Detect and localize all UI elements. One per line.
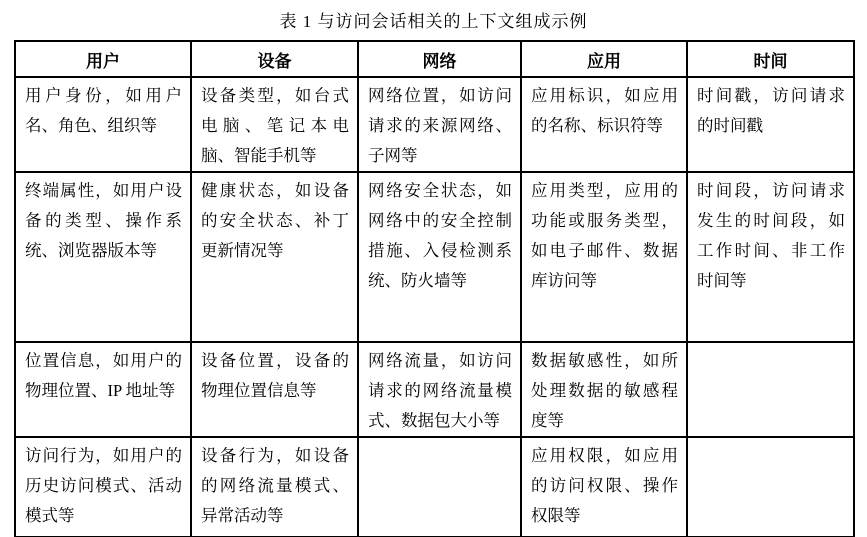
table-cell-empty xyxy=(687,437,854,537)
column-header-time: 时间 xyxy=(687,41,854,77)
table-cell: 应用类型，应用的功能或服务类型，如电子邮件、数据库访问等 xyxy=(521,172,687,342)
table-cell: 终端属性，如用户设备的类型、操作系统、浏览器版本等 xyxy=(15,172,191,342)
table-cell: 应用标识，如应用的名称、标识符等 xyxy=(521,77,687,172)
table-row-attributes: 终端属性，如用户设备的类型、操作系统、浏览器版本等 健康状态，如设备的安全状态、… xyxy=(15,172,854,342)
table-cell: 健康状态，如设备的安全状态、补丁更新情况等 xyxy=(191,172,358,342)
table-caption: 表 1 与访问会话相关的上下文组成示例 xyxy=(0,7,867,32)
header-row: 用户 设备 网络 应用 时间 xyxy=(15,41,854,77)
table-row-identity: 用户身份，如用户名、角色、组织等 设备类型，如台式电脑、笔记本电脑、智能手机等 … xyxy=(15,77,854,172)
table-cell: 时间段，访问请求发生的时间段，如工作时间、非工作时间等 xyxy=(687,172,854,342)
table-cell: 设备位置，设备的物理位置信息等 xyxy=(191,342,358,437)
column-header-device: 设备 xyxy=(191,41,358,77)
context-table: 用户 设备 网络 应用 时间 用户身份，如用户名、角色、组织等 设备类型，如台式… xyxy=(14,40,855,537)
table-cell: 设备行为，如设备的网络流量模式、异常活动等 xyxy=(191,437,358,537)
table-cell: 用户身份，如用户名、角色、组织等 xyxy=(15,77,191,172)
table-row-location: 位置信息，如用户的物理位置、IP 地址等 设备位置，设备的物理位置信息等 网络流… xyxy=(15,342,854,437)
table-cell-empty xyxy=(687,342,854,437)
table-cell: 数据敏感性，如所处理数据的敏感程度等 xyxy=(521,342,687,437)
column-header-application: 应用 xyxy=(521,41,687,77)
table-cell: 网络流量，如访问请求的网络流量模式、数据包大小等 xyxy=(358,342,521,437)
table-row-behavior: 访问行为，如用户的历史访问模式、活动模式等 设备行为，如设备的网络流量模式、异常… xyxy=(15,437,854,537)
table-cell: 网络位置，如访问请求的来源网络、子网等 xyxy=(358,77,521,172)
table-cell: 应用权限，如应用的访问权限、操作权限等 xyxy=(521,437,687,537)
table-cell-empty xyxy=(358,437,521,537)
column-header-user: 用户 xyxy=(15,41,191,77)
table-cell: 时间戳，访问请求的时间戳 xyxy=(687,77,854,172)
table-cell: 位置信息，如用户的物理位置、IP 地址等 xyxy=(15,342,191,437)
document-page: 表 1 与访问会话相关的上下文组成示例 用户 设备 网络 应用 时间 用户身份，… xyxy=(0,0,867,537)
column-header-network: 网络 xyxy=(358,41,521,77)
table-cell: 设备类型，如台式电脑、笔记本电脑、智能手机等 xyxy=(191,77,358,172)
table-cell: 访问行为，如用户的历史访问模式、活动模式等 xyxy=(15,437,191,537)
table-cell: 网络安全状态，如网络中的安全控制措施、入侵检测系统、防火墙等 xyxy=(358,172,521,342)
